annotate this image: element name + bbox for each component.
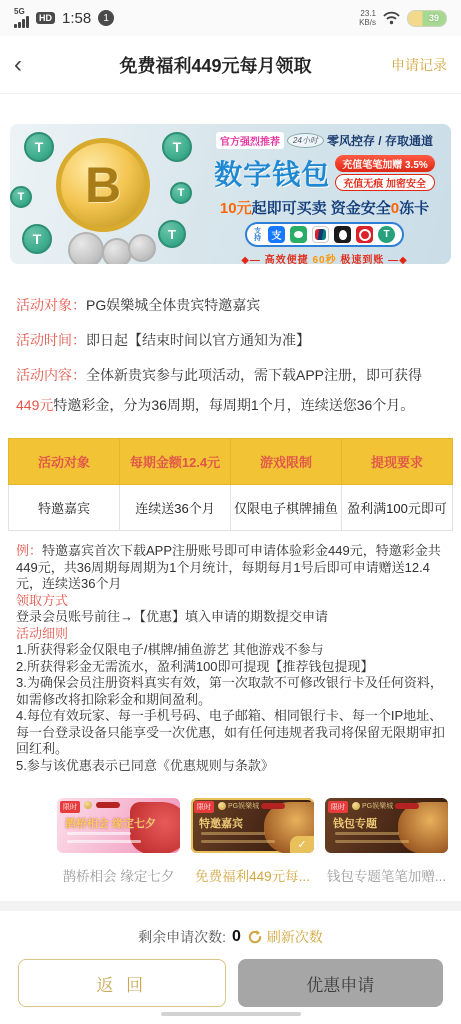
tether-coin-icon: T bbox=[162, 132, 192, 162]
promo-card-wallet[interactable]: 限时 PG娱樂城 钱包专题 bbox=[325, 798, 448, 853]
tether-coin-icon: T bbox=[22, 224, 52, 254]
tether-coin-icon: T bbox=[158, 220, 186, 248]
limited-time-badge: 限时 bbox=[328, 801, 348, 813]
card-title: 鹊桥相会 缘定七夕 bbox=[65, 815, 156, 831]
card-title: 钱包专题 bbox=[333, 815, 377, 831]
bonus-secure-badge: 充值无痕 加密安全 bbox=[335, 174, 435, 191]
alipay-icon: 支 bbox=[268, 226, 285, 243]
table-header: 每期金额12.4元 bbox=[120, 439, 231, 485]
hd-icon: HD bbox=[36, 12, 55, 24]
table-cell: 盈利满100元即可 bbox=[342, 485, 453, 531]
network-speed: 23.1 KB/s bbox=[359, 9, 376, 27]
refresh-count-button[interactable]: 刷新次数 bbox=[247, 927, 323, 947]
notification-badge: 1 bbox=[98, 10, 114, 26]
card-subline bbox=[201, 840, 275, 843]
card-subline bbox=[67, 832, 131, 835]
vip-chip bbox=[395, 803, 419, 809]
application-records-link[interactable]: 申请记录 bbox=[383, 55, 447, 75]
fine-print: 例：特邀嘉宾首次下载APP注册账号即可申请体验彩金449元，特邀彩金共449元，… bbox=[0, 531, 461, 774]
card-caption[interactable]: 钱包专题笔笔加赠... bbox=[325, 865, 448, 885]
official-recommend-badge: 官方强烈推荐 bbox=[216, 132, 284, 149]
rule-item: 2.所获得彩金无需流水，盈利满100即可提现【推荐钱包提现】 bbox=[16, 659, 445, 676]
remaining-label: 剩余申请次数: bbox=[138, 927, 226, 947]
wifi-icon bbox=[383, 11, 400, 25]
tether-coin-icon: T bbox=[170, 182, 192, 204]
card-caption[interactable]: 鹊桥相会 缘定七夕 bbox=[57, 865, 180, 885]
refresh-icon bbox=[247, 929, 263, 945]
bonus-table: 活动对象 每期金额12.4元 游戏限制 提现要求 特邀嘉宾 连续送36个月 仅限… bbox=[8, 438, 453, 531]
promo-banner[interactable]: T T T T T T B 官方强烈推荐 24小时 零风控存 / 存取通道 数字… bbox=[10, 124, 451, 264]
24h-badge: 24小时 bbox=[287, 133, 324, 148]
promo-card-free-bonus[interactable]: 限时 PG娱樂城 特邀嘉宾 ✓ bbox=[191, 798, 314, 853]
bottom-buttons: 返 回 优惠申请 bbox=[0, 959, 461, 1007]
unionpay-icon bbox=[312, 226, 329, 243]
payment-methods: 支持 支 T bbox=[245, 222, 404, 247]
banner-slogan: 10元起即可买卖 资金安全0冻卡 bbox=[220, 197, 429, 218]
bonus-rate-badge: 充值笔笔加赠 3.5% bbox=[335, 155, 435, 172]
brand-logo-icon bbox=[218, 802, 226, 810]
card-subline bbox=[335, 840, 409, 843]
card-title: 特邀嘉宾 bbox=[199, 815, 243, 831]
activity-content-row: 活动内容：全体新贵宾参与此项活动，需下载APP注册，即可获得449元特邀彩金，分… bbox=[16, 360, 445, 420]
remaining-applications-row: 剩余申请次数: 0 刷新次数 bbox=[0, 927, 461, 947]
table-header-row: 活动对象 每期金额12.4元 游戏限制 提现要求 bbox=[9, 439, 453, 485]
promo-carousel[interactable]: 限时 鹊桥相会 缘定七夕 限时 PG娱樂城 特邀嘉宾 ✓ 限时 PG娱樂城 钱包… bbox=[0, 798, 461, 853]
status-time: 1:58 bbox=[62, 10, 91, 27]
brand-logo-icon bbox=[352, 802, 360, 810]
apply-bonus-button[interactable]: 优惠申请 bbox=[238, 959, 444, 1007]
table-cell: 连续送36个月 bbox=[120, 485, 231, 531]
activity-info: 活动对象：PG娱樂城全体贵宾特邀嘉宾 活动时间：即日起【结束时间以官方通知为准】… bbox=[0, 264, 461, 420]
vip-chip bbox=[261, 803, 285, 809]
status-bar: 5G HD 1:58 1 23.1 KB/s 39 bbox=[0, 0, 461, 36]
table-header: 游戏限制 bbox=[231, 439, 342, 485]
brand-logo-icon bbox=[84, 801, 92, 809]
table-header: 提现要求 bbox=[342, 439, 453, 485]
table-cell: 仅限电子棋牌捕鱼 bbox=[231, 485, 342, 531]
silver-coin-icon bbox=[128, 234, 156, 262]
battery-icon: 39 bbox=[407, 10, 447, 27]
card-subline bbox=[67, 840, 141, 843]
claim-method-text: 登录会员账号前往→【优惠】填入申请的期数提交申请 bbox=[16, 609, 445, 626]
banner-tagline: ◆— 高效便捷 60秒 极速到账 —◆ bbox=[241, 251, 408, 264]
limited-time-badge: 限时 bbox=[194, 801, 214, 813]
rule-item: 5.参与该优惠表示已同意《优惠规则与条款》 bbox=[16, 758, 445, 775]
banner-channel-text: 零风控存 / 存取通道 bbox=[327, 132, 433, 149]
qq-pay-icon bbox=[334, 226, 351, 243]
activity-target-row: 活动对象：PG娱樂城全体贵宾特邀嘉宾 bbox=[16, 290, 445, 320]
bitcoin-coin-icon: B bbox=[56, 138, 150, 232]
rule-item: 4.每位有效玩家、每一手机号码、电子邮箱、相同银行卡、每一个IP地址、每一台登录… bbox=[16, 708, 445, 758]
signal-icon: 5G bbox=[14, 9, 29, 28]
wallet-title: 数字钱包 bbox=[214, 153, 330, 193]
header: ‹ 免费福利449元每月领取 申请记录 bbox=[0, 36, 461, 94]
support-label: 支持 bbox=[254, 228, 263, 242]
silver-coin-icon bbox=[68, 232, 104, 264]
return-button[interactable]: 返 回 bbox=[18, 959, 226, 1007]
card-subline bbox=[335, 832, 399, 835]
table-row: 特邀嘉宾 连续送36个月 仅限电子棋牌捕鱼 盈利满100元即可 bbox=[9, 485, 453, 531]
table-cell: 特邀嘉宾 bbox=[9, 485, 120, 531]
promo-card-qixi[interactable]: 限时 鹊桥相会 缘定七夕 bbox=[57, 798, 180, 853]
carousel-captions: 鹊桥相会 缘定七夕 免费福利449元每... 钱包专题笔笔加赠... bbox=[0, 865, 461, 885]
card-caption-active[interactable]: 免费福利449元每... bbox=[191, 865, 314, 885]
rule-item: 3.为确保会员注册资料真实有效，第一次取款不可修改银行卡及任何资料，如需修改将扣… bbox=[16, 675, 445, 708]
tether-coin-icon: T bbox=[24, 132, 54, 162]
table-header: 活动对象 bbox=[9, 439, 120, 485]
rule-item: 1.所获得彩金仅限电子/棋牌/捕鱼游艺 其他游戏不参与 bbox=[16, 642, 445, 659]
page-title: 免费福利449元每月领取 bbox=[48, 52, 383, 78]
selected-check-icon: ✓ bbox=[290, 836, 314, 853]
remaining-value: 0 bbox=[232, 928, 241, 946]
back-icon[interactable]: ‹ bbox=[14, 53, 48, 77]
claim-method-title: 领取方式 bbox=[16, 593, 445, 610]
bank-icon bbox=[356, 226, 373, 243]
limited-time-badge: 限时 bbox=[60, 801, 80, 813]
card-subline bbox=[201, 832, 265, 835]
example-paragraph: 例：特邀嘉宾首次下载APP注册账号即可申请体验彩金449元，特邀彩金共449元，… bbox=[16, 543, 445, 593]
wechat-pay-icon bbox=[290, 226, 307, 243]
tether-coin-icon: T bbox=[10, 186, 32, 208]
section-divider bbox=[0, 901, 461, 911]
home-indicator-handle[interactable] bbox=[161, 1012, 301, 1016]
activity-time-row: 活动时间：即日起【结束时间以官方通知为准】 bbox=[16, 325, 445, 355]
rules-title: 活动细则 bbox=[16, 626, 445, 643]
tether-icon: T bbox=[378, 226, 395, 243]
vip-chip bbox=[96, 802, 120, 808]
